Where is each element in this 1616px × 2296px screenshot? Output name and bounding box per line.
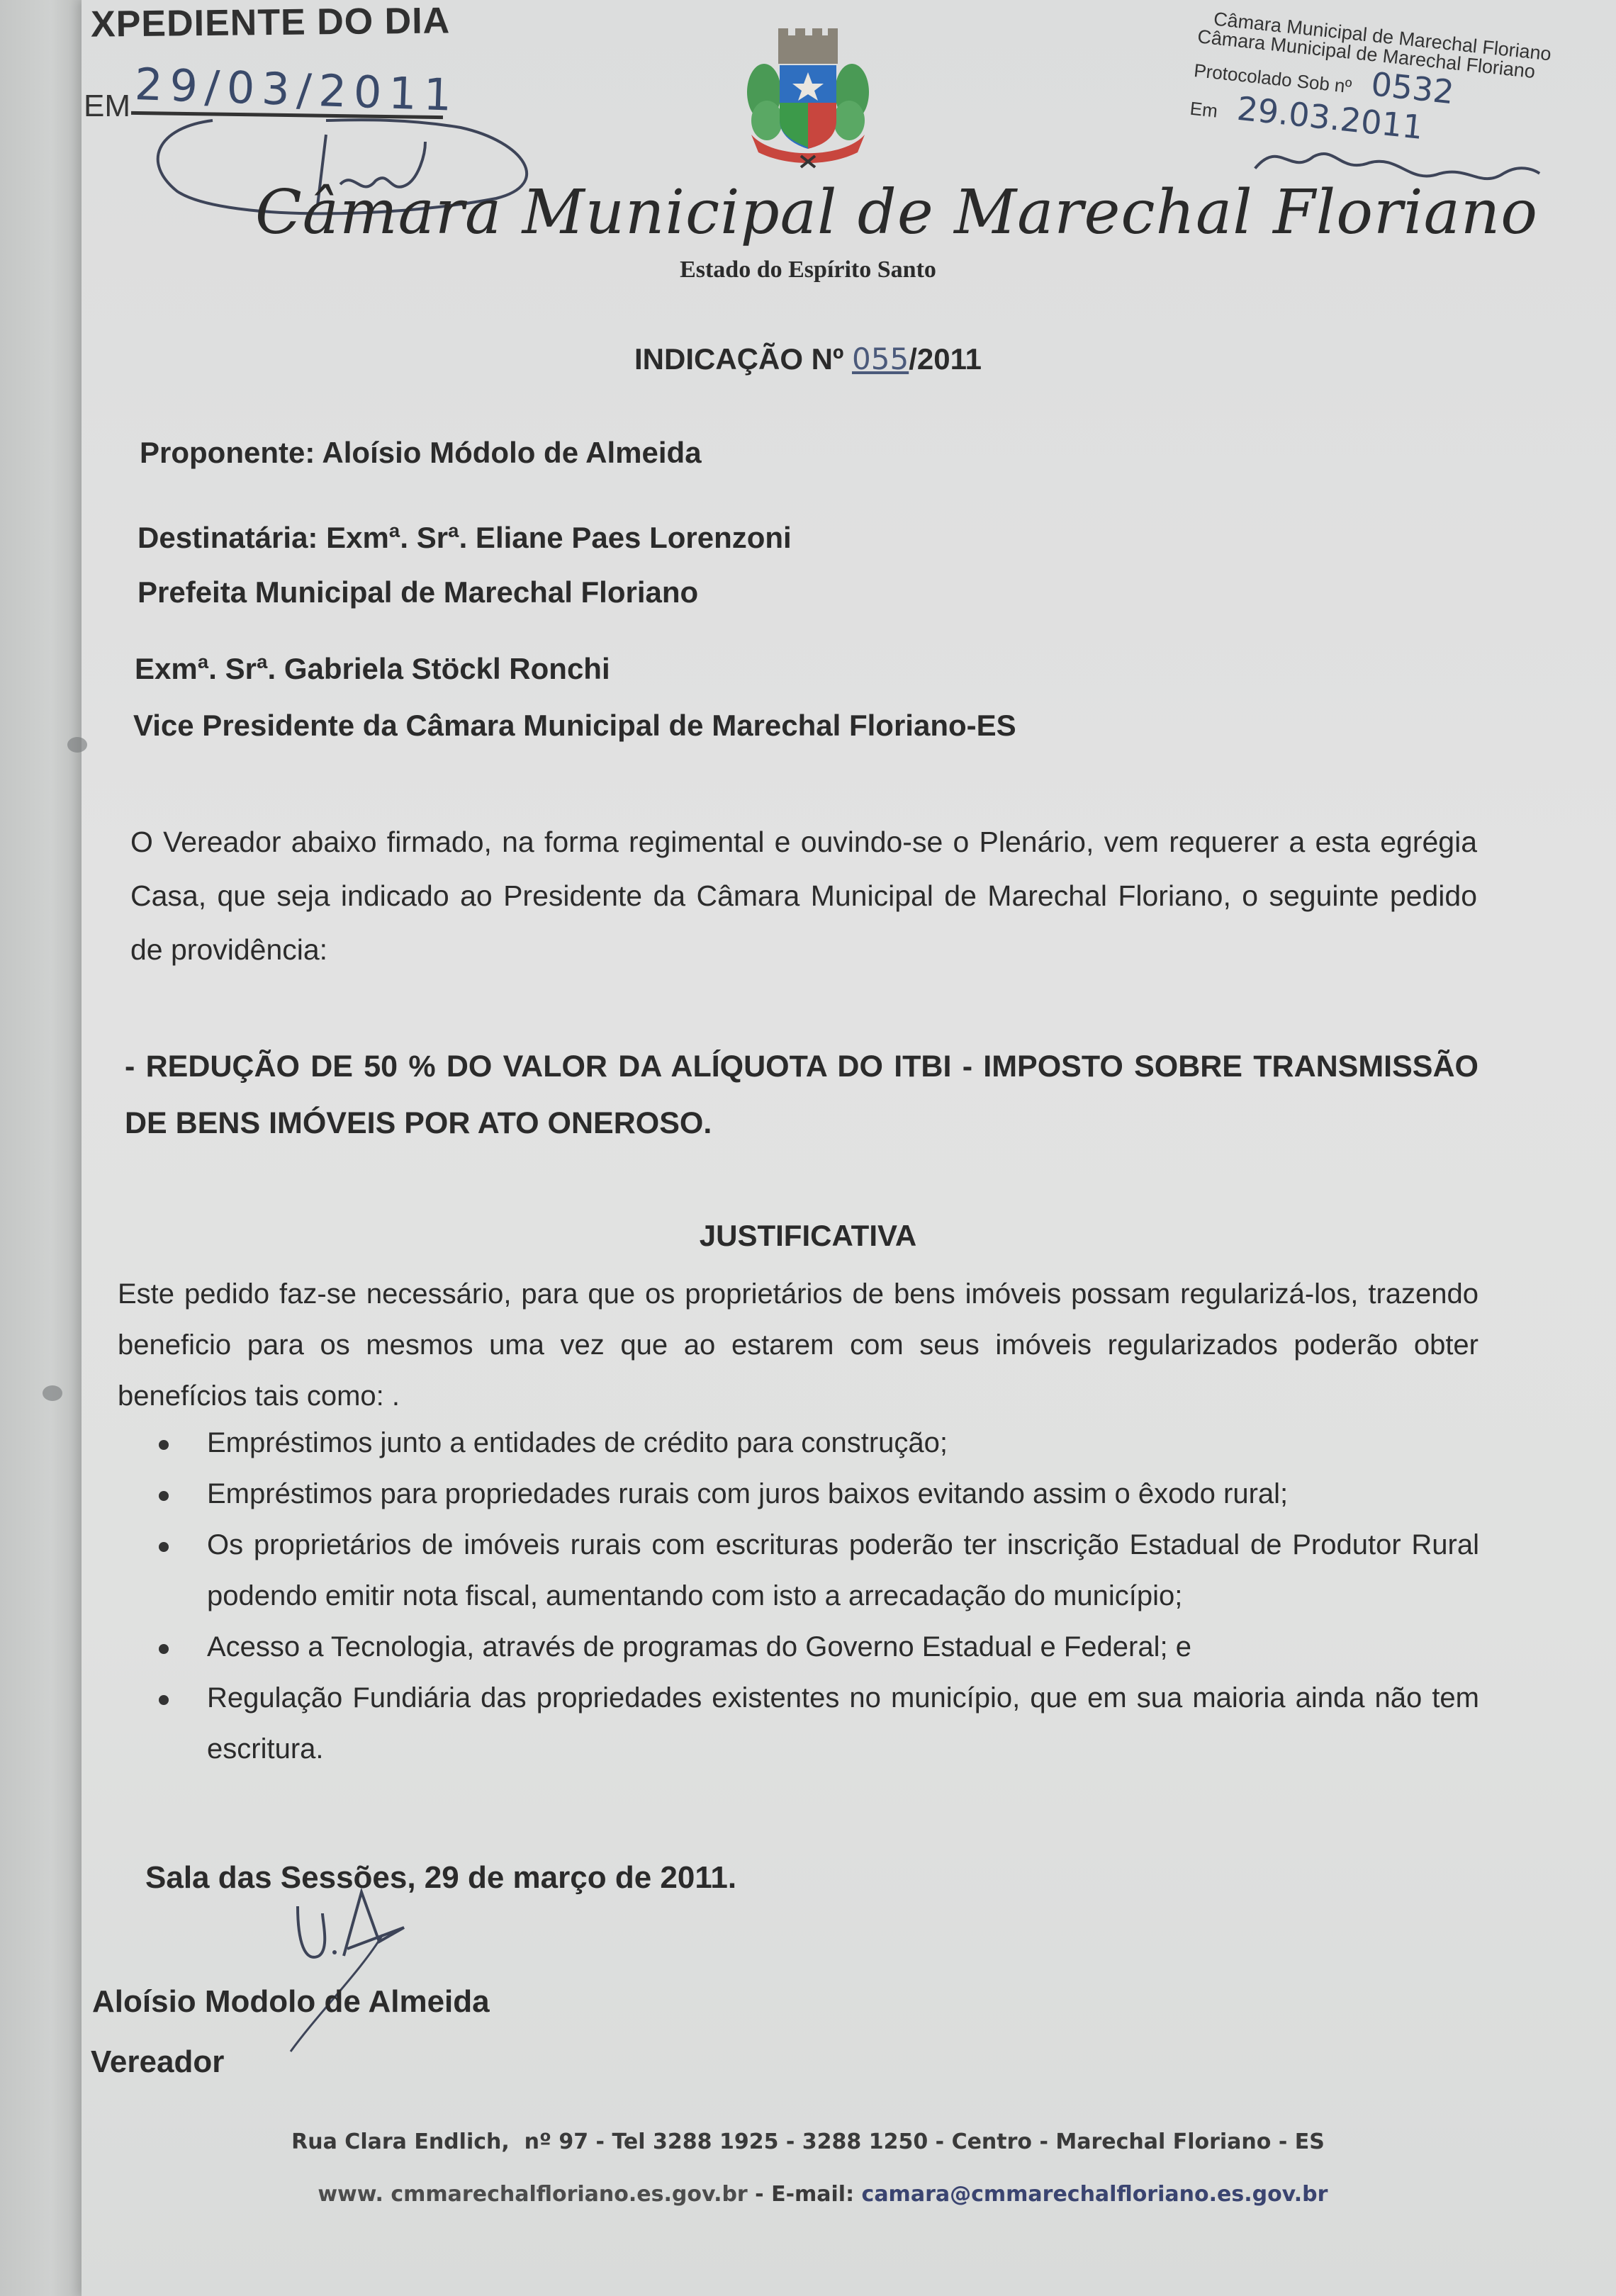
bullet-icon (159, 1440, 169, 1450)
justification-title: JUSTIFICATIVA (0, 1219, 1616, 1253)
footer-address: Rua Clara Endlich, nº 97 - Tel 3288 1925… (0, 2129, 1616, 2154)
bullet-icon (159, 1644, 169, 1654)
bullet-icon (159, 1542, 169, 1552)
councilor-signature-icon (255, 1885, 468, 2055)
signer-name: Aloísio Modolo de Almeida (92, 1984, 490, 2020)
expediente-stamp-em-label: EM (84, 89, 130, 124)
benefit-item: Os proprietários de imóveis rurais com e… (164, 1519, 1479, 1621)
footer-website[interactable]: www. cmmarechalfloriano.es.gov.br (318, 2182, 747, 2207)
bullet-icon (159, 1695, 169, 1705)
punch-hole-bottom (43, 1385, 62, 1401)
bullet-icon (159, 1491, 169, 1501)
recipient-2: Exmª. Srª. Gabriela Stöckl Ronchi (135, 652, 610, 686)
signer-role: Vereador (91, 2044, 224, 2080)
coat-of-arms-icon (744, 28, 872, 170)
benefit-item: Regulação Fundiária das propriedades exi… (164, 1672, 1479, 1774)
benefit-item: Acesso a Tecnologia, através de programa… (164, 1621, 1479, 1672)
benefit-item: Empréstimos junto a entidades de crédito… (164, 1417, 1479, 1468)
state-name: Estado do Espírito Santo (0, 257, 1616, 283)
intro-paragraph: O Vereador abaixo firmado, na forma regi… (130, 815, 1477, 977)
benefit-item: Empréstimos para propriedades rurais com… (164, 1468, 1479, 1519)
recipient-1: Destinatária: Exmª. Srª. Eliane Paes Lor… (138, 521, 792, 555)
institution-name: Câmara Municipal de Marechal Floriano (255, 177, 1538, 248)
benefits-list: Empréstimos junto a entidades de crédito… (164, 1417, 1479, 1774)
justification-paragraph: Este pedido faz-se necessário, para que … (118, 1268, 1478, 1422)
recipient-1-role: Prefeita Municipal de Marechal Floriano (138, 575, 698, 609)
footer-contact: www. cmmarechalfloriano.es.gov.br - E-ma… (0, 2157, 1616, 2232)
footer-email[interactable]: camara@cmmarechalfloriano.es.gov.br (862, 2182, 1328, 2207)
indicacao-number: 055 (852, 342, 909, 376)
punch-hole-top (67, 737, 87, 753)
request-text: - REDUÇÃO DE 50 % DO VALOR DA ALÍQUOTA D… (125, 1038, 1478, 1152)
document-heading: INDICAÇÃO Nº 055/2011 (0, 342, 1616, 376)
recipient-2-role: Vice Presidente da Câmara Municipal de M… (133, 709, 1016, 743)
proponent: Proponente: Aloísio Módolo de Almeida (140, 436, 702, 470)
expediente-stamp-title: XPEDIENTE DO DIA (91, 0, 451, 46)
footer: Rua Clara Endlich, nº 97 - Tel 3288 1925… (0, 2129, 1616, 2232)
